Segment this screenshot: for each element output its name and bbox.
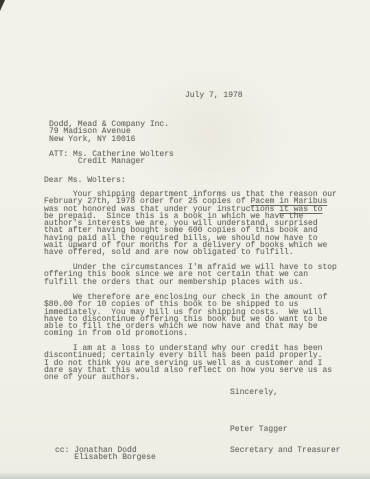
letter-date: July 7, 1978 xyxy=(185,92,243,99)
body-paragraph-1: Your shipping department informs us that… xyxy=(44,191,337,257)
paragraph-1-text-after: be prepaid. Since this is a book in whic… xyxy=(44,212,327,257)
body-paragraph-2: Under the circumstances I'm afraid we wi… xyxy=(44,264,337,286)
signature-block: Peter Tagger Secretary and Treasurer xyxy=(230,411,340,469)
scan-bottom-edge-artifact xyxy=(0,473,370,479)
cc-list: cc: Jonathan Dodd Elisabeth Borgese xyxy=(55,447,156,462)
signer-name: Peter Tagger xyxy=(230,426,340,433)
closing-salutation: Sincerely, xyxy=(230,389,278,396)
salutation: Dear Ms. Wolters: xyxy=(44,177,126,184)
body-paragraph-4: I am at a loss to understand why our cre… xyxy=(44,345,332,381)
letter-page: July 7, 1978 Dodd, Mead & Company Inc. 7… xyxy=(0,0,370,479)
body-paragraph-3: We therefore are enclosing our check in … xyxy=(44,294,327,338)
recipient-address: Dodd, Mead & Company Inc. 79 Madison Ave… xyxy=(49,121,169,143)
signer-title: Secretary and Treasurer xyxy=(230,447,340,454)
scan-corner-artifact xyxy=(0,0,5,11)
attention-line: ATT: Ms. Catherine Wolters Credit Manage… xyxy=(49,151,174,166)
